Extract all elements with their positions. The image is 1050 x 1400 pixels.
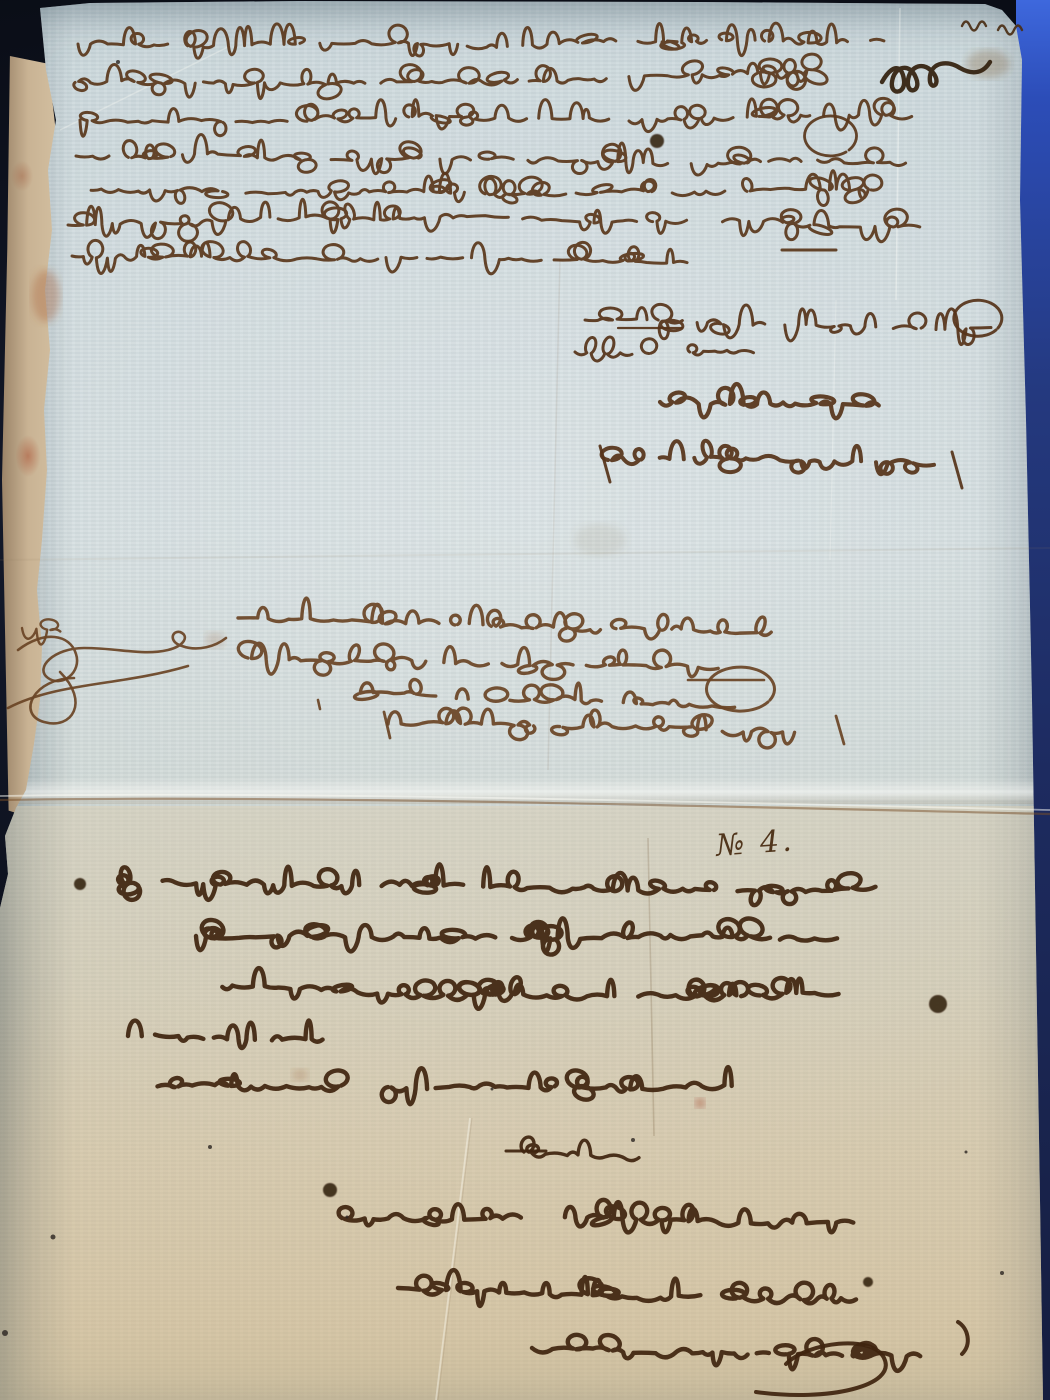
- lower-fold-tint: [0, 806, 1050, 1400]
- manuscript-page: № 4.: [0, 0, 1050, 1400]
- manuscript-photo: № 4.: [0, 0, 1050, 1400]
- fold-crease-shade: [0, 778, 1050, 804]
- page-number-label: № 4.: [715, 823, 796, 863]
